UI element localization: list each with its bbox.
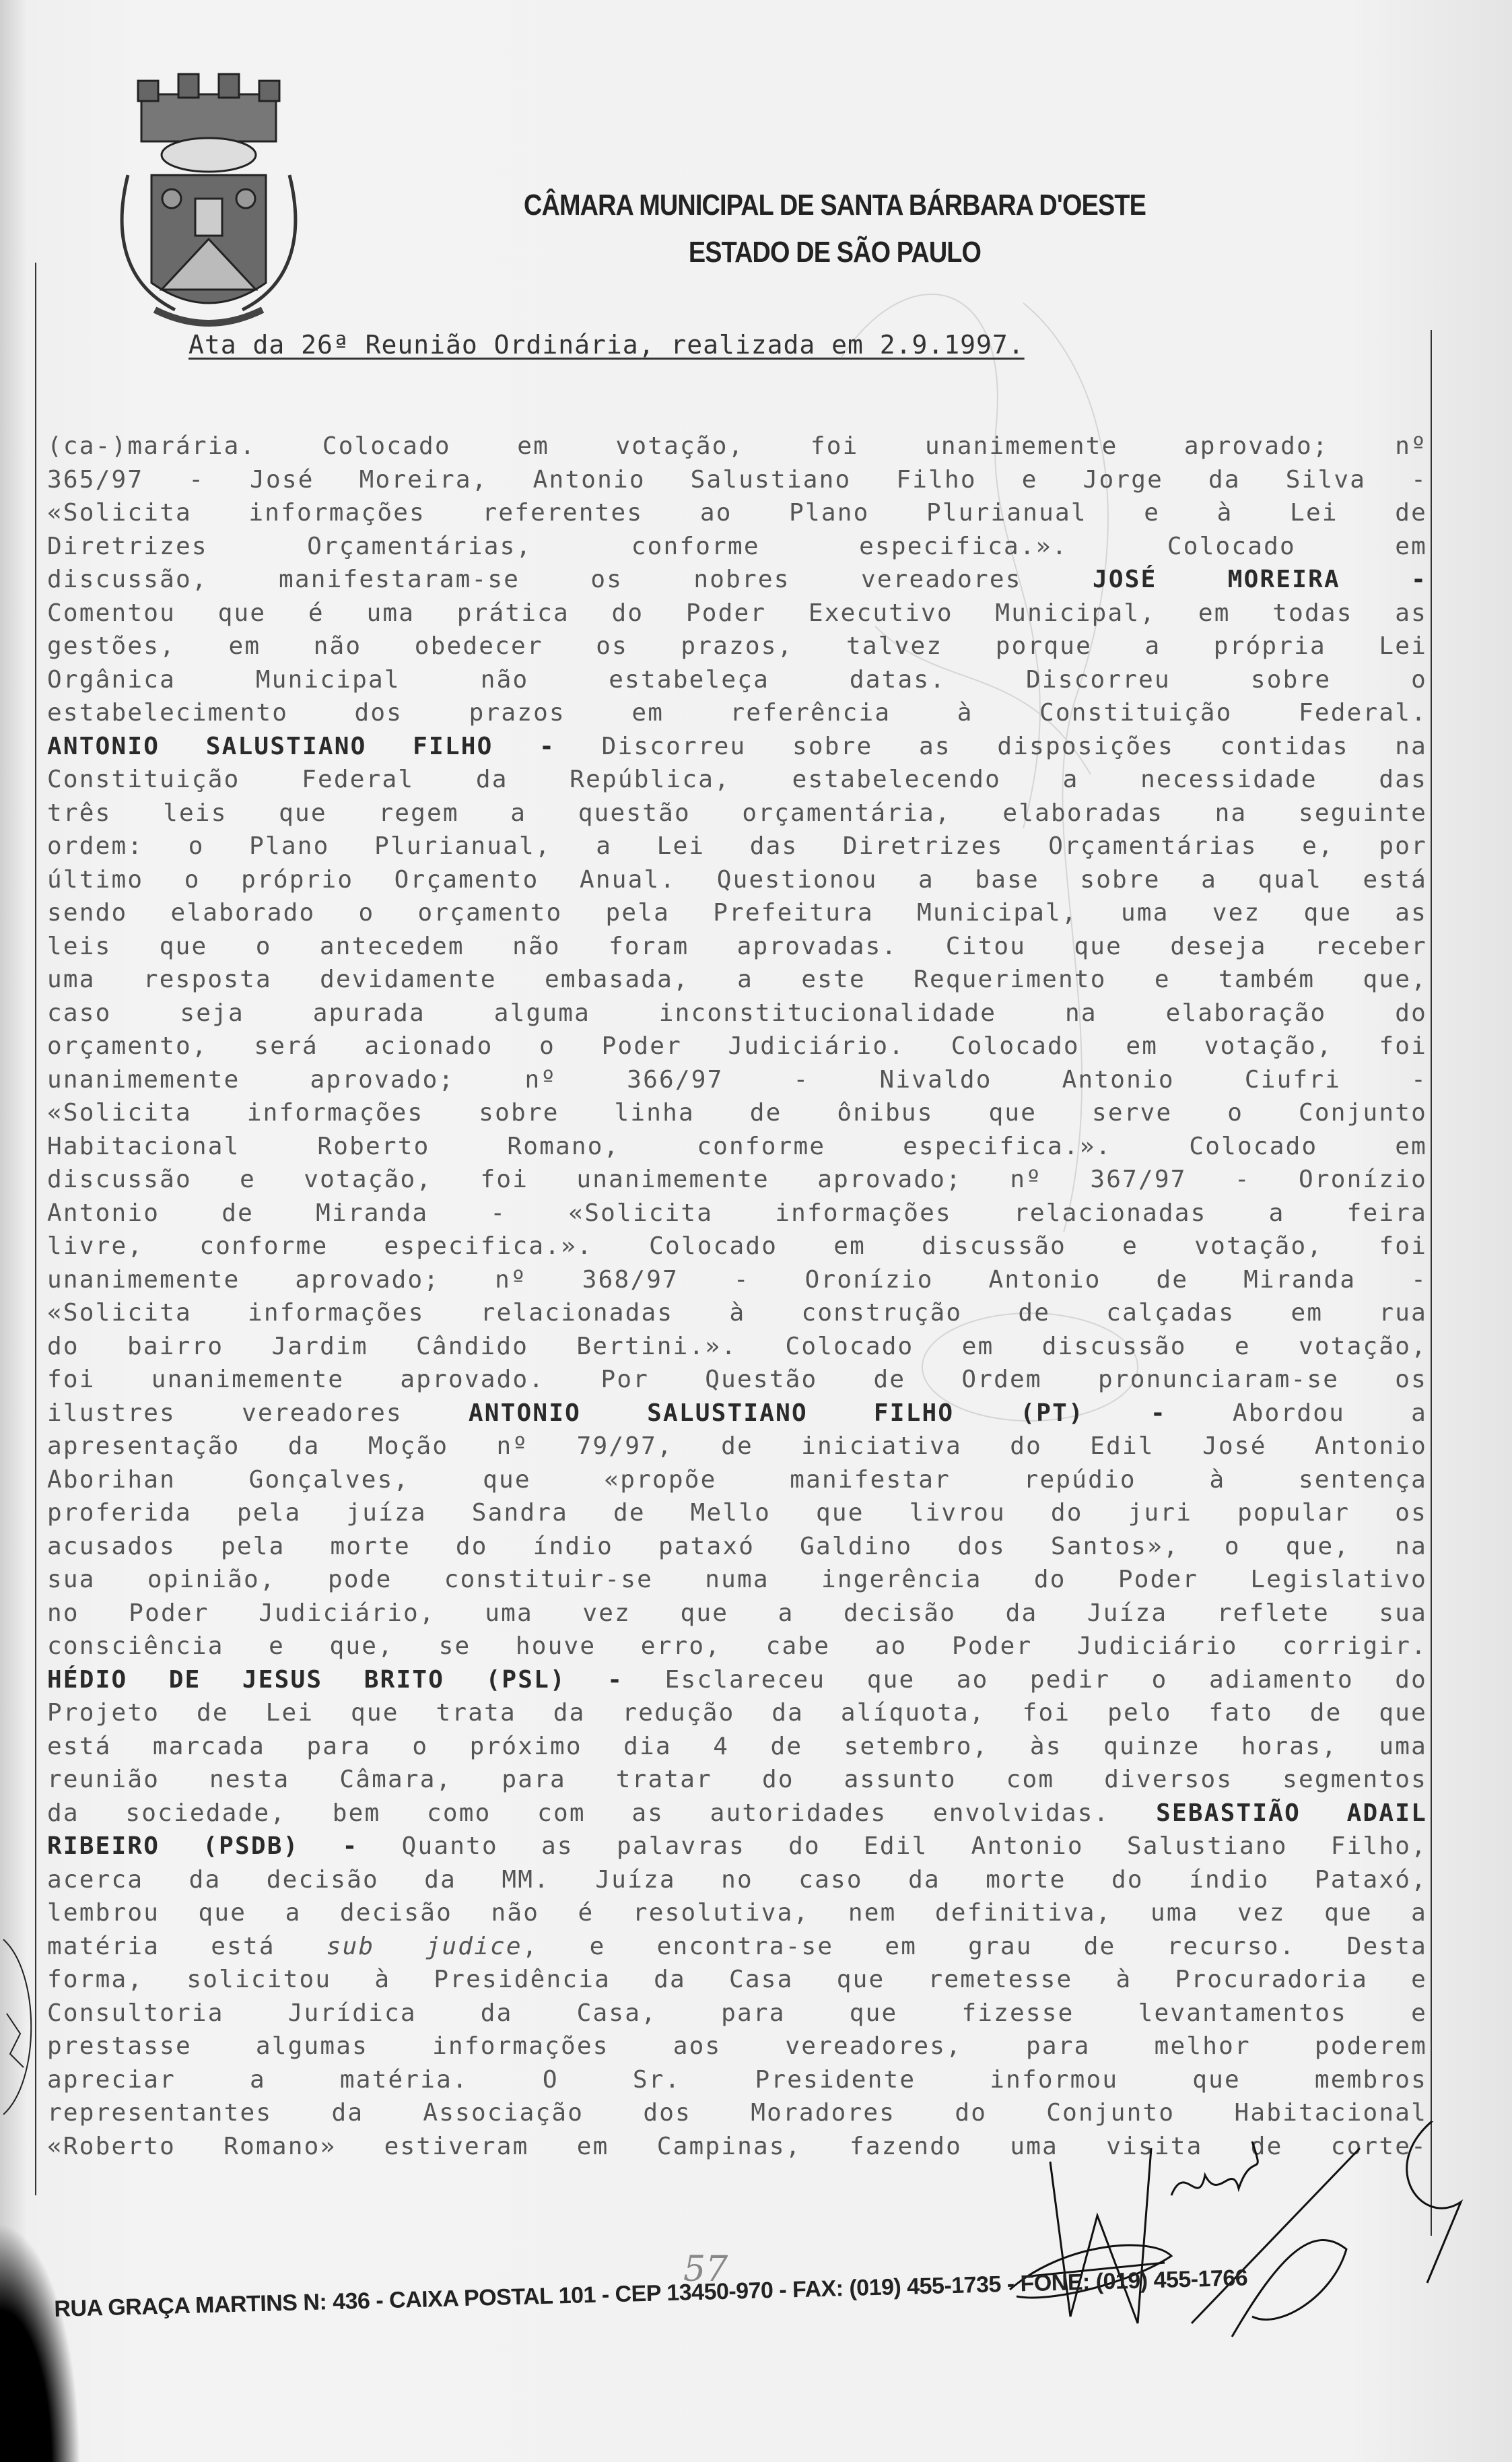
speaker-name: ANTONIO SALUSTIANO FILHO (PT) - <box>469 1399 1167 1427</box>
minutes-line: gestões, em não obedecer os prazos, talv… <box>47 630 1427 663</box>
minutes-line: último o próprio Orçamento Anual. Questi… <box>47 863 1427 897</box>
municipal-crest-icon <box>101 67 323 330</box>
minutes-line: sua opinião, pode constituir-se numa ing… <box>47 1563 1427 1597</box>
minutes-line: discussão e votação, foi unanimemente ap… <box>47 1163 1427 1197</box>
minutes-line: Comentou que é uma prática do Poder Exec… <box>47 597 1427 630</box>
minutes-line: unanimemente aprovado; nº 368/97 - Oroní… <box>47 1263 1427 1297</box>
margin-signature-icon <box>0 1933 34 2121</box>
minutes-line: 365/97 - José Moreira, Antonio Salustian… <box>47 463 1427 497</box>
minutes-line: «Solicita informações referentes ao Plan… <box>47 496 1427 530</box>
organization-name: CÂMARA MUNICIPAL DE SANTA BÁRBARA D'OEST… <box>441 189 1229 222</box>
minutes-line: ordem: o Plano Plurianual, a Lei das Dir… <box>47 830 1427 863</box>
minutes-line: reunião nesta Câmara, para tratar do ass… <box>47 1763 1427 1797</box>
minutes-line: acusados pela morte do índio pataxó Gald… <box>47 1530 1427 1564</box>
minutes-line: Aborihan Gonçalves, que «propõe manifest… <box>47 1463 1427 1497</box>
minutes-line: HÉDIO DE JESUS BRITO (PSL) - Esclareceu … <box>47 1663 1427 1697</box>
minutes-line: no Poder Judiciário, uma vez que a decis… <box>47 1597 1427 1630</box>
minutes-line: estabelecimento dos prazos em referência… <box>47 696 1427 730</box>
minutes-line: sendo elaborado o orçamento pela Prefeit… <box>47 896 1427 930</box>
minutes-line: apreciar a matéria. O Sr. Presidente inf… <box>47 2063 1427 2097</box>
minutes-line: Projeto de Lei que trata da redução da a… <box>47 1696 1427 1730</box>
minutes-line: acerca da decisão da MM. Juíza no caso d… <box>47 1863 1427 1897</box>
minutes-line: da sociedade, bem como com as autoridade… <box>47 1797 1427 1830</box>
speaker-name: ANTONIO SALUSTIANO FILHO - <box>47 733 555 760</box>
minutes-line: Consultoria Jurídica da Casa, para que f… <box>47 1997 1427 2030</box>
minutes-line: foi unanimemente aprovado. Por Questão d… <box>47 1363 1427 1397</box>
minutes-line: consciência e que, se houve erro, cabe a… <box>47 1630 1427 1663</box>
minutes-line: «Solicita informações sobre linha de ôni… <box>47 1096 1427 1130</box>
speaker-name: RIBEIRO (PSDB) - <box>47 1832 359 1860</box>
minutes-line: forma, solicitou à Presidência da Casa q… <box>47 1963 1427 1997</box>
minutes-line: do bairro Jardim Cândido Bertini.». Colo… <box>47 1330 1427 1364</box>
minutes-line: caso seja apurada alguma inconstituciona… <box>47 997 1427 1030</box>
minutes-line: Orgânica Municipal não estabeleça datas.… <box>47 663 1427 697</box>
minutes-line: proferida pela juíza Sandra de Mello que… <box>47 1496 1427 1530</box>
minutes-line: matéria está sub judice, e encontra-se e… <box>47 1930 1427 1964</box>
minutes-line: Antonio de Miranda - «Solicita informaçõ… <box>47 1197 1427 1230</box>
minutes-line: discussão, manifestaram-se os nobres ver… <box>47 563 1427 597</box>
minutes-line: prestasse algumas informações aos veread… <box>47 2030 1427 2063</box>
handwritten-signature-icon <box>996 2121 1468 2343</box>
speaker-name: HÉDIO DE JESUS BRITO (PSL) - <box>47 1666 623 1694</box>
minutes-line: livre, conforme especifica.». Colocado e… <box>47 1230 1427 1263</box>
minutes-line: RIBEIRO (PSDB) - Quanto as palavras do E… <box>47 1830 1427 1863</box>
minutes-title: Ata da 26ª Reunião Ordinária, realizada … <box>188 330 1025 360</box>
minutes-line: Diretrizes Orçamentárias, conforme espec… <box>47 530 1427 564</box>
minutes-line: uma resposta devidamente embasada, a est… <box>47 963 1427 997</box>
page-frame-left <box>35 263 36 2195</box>
scan-shadow <box>0 2222 81 2462</box>
minutes-line: (ca-)marária. Colocado em votação, foi u… <box>47 430 1427 463</box>
minutes-line: apresentação da Moção nº 79/97, de inici… <box>47 1430 1427 1463</box>
minutes-body: (ca-)marária. Colocado em votação, foi u… <box>47 430 1427 2163</box>
scanned-page: CÂMARA MUNICIPAL DE SANTA BÁRBARA D'OEST… <box>0 0 1512 2462</box>
minutes-line: «Solicita informações relacionadas à con… <box>47 1296 1427 1330</box>
minutes-line: Constituição Federal da República, estab… <box>47 763 1427 797</box>
minutes-line: ANTONIO SALUSTIANO FILHO - Discorreu sob… <box>47 730 1427 764</box>
minutes-line: ilustres vereadores ANTONIO SALUSTIANO F… <box>47 1397 1427 1430</box>
minutes-line: Habitacional Roberto Romano, conforme es… <box>47 1130 1427 1164</box>
minutes-line: três leis que regem a questão orçamentár… <box>47 797 1427 830</box>
speaker-name: JOSÉ MOREIRA - <box>1093 566 1427 593</box>
speaker-name: SEBASTIÃO ADAIL <box>1156 1799 1427 1827</box>
latin-term: sub judice <box>327 1933 522 1960</box>
page-frame-right <box>1431 330 1432 2236</box>
minutes-line: está marcada para o próximo dia 4 de set… <box>47 1730 1427 1764</box>
minutes-line: lembrou que a decisão não é resolutiva, … <box>47 1896 1427 1930</box>
minutes-line: unanimemente aprovado; nº 366/97 - Nival… <box>47 1063 1427 1097</box>
minutes-line: leis que o antecedem não foram aprovadas… <box>47 930 1427 964</box>
minutes-line: orçamento, será acionado o Poder Judiciá… <box>47 1030 1427 1063</box>
organization-state: ESTADO DE SÃO PAULO <box>441 236 1229 269</box>
